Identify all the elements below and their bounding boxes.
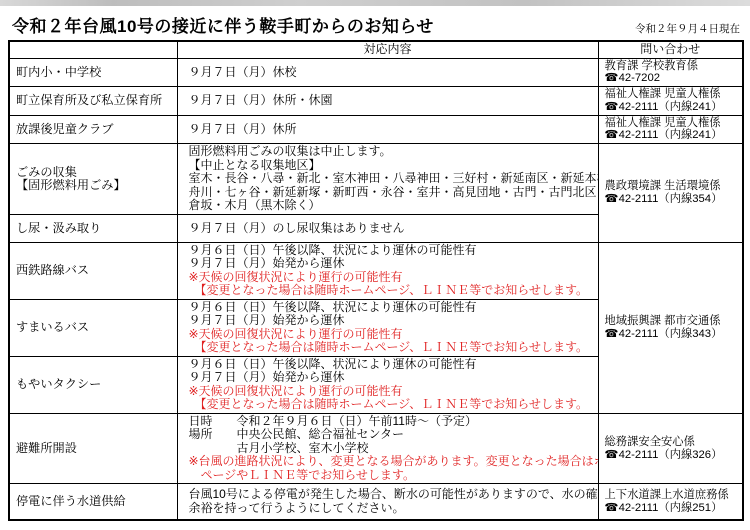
content-cell: 日時 令和２年９月６日（日）午前11時～（予定） 場所 中央公民館、総合福祉セン… — [177, 413, 598, 484]
content-cell: ９月７日（月）のし尿収集はありません — [177, 214, 598, 242]
contact-dept: 農政環境課 生活環境係 — [605, 180, 739, 193]
category-cell: 停電に伴う水道供給 — [9, 484, 177, 520]
contact-dept: 上下水道課上水道庶務係 — [605, 489, 739, 502]
as-of-date: 令和２年９月４日現在 — [635, 21, 740, 37]
contact-phone: ☎42-2111（内線241） — [605, 129, 739, 142]
category-cell: もやいタクシー — [9, 356, 177, 413]
contact-phone: ☎42-2111（内線251） — [605, 502, 739, 515]
category-line: 町立保育所及び私立保育所 — [16, 94, 173, 108]
content-line-warning: 【変更となった場合は随時ホームページ、ＬＩＮＥ等でお知らせします。 — [189, 284, 594, 298]
category-cell: 町内小・中学校 — [9, 58, 177, 87]
contact-cell: 福祉人権課 児童人権係 ☎42-2111（内線241） — [598, 87, 743, 116]
contact-cell: 地域振興課 都市交通係 ☎42-2111（内線343） — [598, 242, 743, 413]
table-row: 町立保育所及び私立保育所 ９月７日（月）休所・休園 福祉人権課 児童人権係 ☎4… — [9, 87, 743, 116]
contact-dept: 福祉人権課 児童人権係 — [605, 88, 739, 101]
notice-page: 令和２年台風10号の接近に伴う鞍手町からのお知らせ 令和２年９月４日現在 対応内… — [0, 0, 750, 521]
content-line-warning: 【変更となった場合は随時ホームページ、ＬＩＮＥ等でお知らせします。 — [189, 398, 594, 412]
contact-cell: 総務課安全安心係 ☎42-2111（内線326） — [598, 413, 743, 484]
content-line: ９月７日（月）休所・休園 — [189, 94, 594, 108]
category-cell: ごみの収集 【固形燃料用ごみ】 — [9, 144, 177, 215]
content-line: 場所 中央公民館、総合福祉センター — [189, 428, 594, 442]
contact-cell: 農政環境課 生活環境係 ☎42-2111（内線354） — [598, 144, 743, 243]
category-line: ごみの収集 — [16, 166, 173, 180]
category-line: 【固形燃料用ごみ】 — [16, 179, 173, 193]
category-line: 避難所開設 — [16, 442, 173, 456]
table-row: 停電に伴う水道供給 台風10号による停電が発生した場合、断水の可能性がありますの… — [9, 484, 743, 520]
content-line-warning: 【変更となった場合は随時ホームページ、ＬＩＮＥ等でお知らせします。 — [189, 341, 594, 355]
column-header-contact: 問い合わせ — [598, 41, 743, 58]
contact-phone: ☎42-7202 — [605, 72, 739, 85]
content-line-warning: ※台風の進路状況により、変更となる場合があります。変更となった場合はホーム — [189, 455, 594, 469]
content-cell: 固形燃料用ごみの収集は中止します。 【中止となる収集地区】 室木・長谷・八尋・新… — [177, 144, 598, 215]
content-line: ９月７日（月）始発から運休 — [189, 314, 594, 328]
content-line: ９月７日（月）始発から運休 — [189, 371, 594, 385]
title-row: 令和２年台風10号の接近に伴う鞍手町からのお知らせ 令和２年９月４日現在 — [0, 6, 750, 40]
contact-dept: 総務課安全安心係 — [605, 436, 739, 449]
category-line: 西鉄路線バス — [16, 264, 173, 278]
page-title: 令和２年台風10号の接近に伴う鞍手町からのお知らせ — [12, 12, 434, 37]
header-row: 対応内容 問い合わせ — [9, 41, 743, 58]
content-line: 固形燃料用ごみの収集は中止します。 — [189, 145, 594, 159]
header-category-cell — [9, 41, 177, 58]
content-line: 室木・長谷・八尋・新北・室木神田・八尋神田・三好村・新延南区・新延本村・泉水 — [189, 172, 594, 186]
notice-table: 対応内容 問い合わせ 町内小・中学校 ９月７日（月）休校 教育課 学校教育係 ☎… — [8, 40, 744, 521]
category-line: 停電に伴う水道供給 — [16, 495, 173, 509]
content-cell: ９月６日（日）午後以降、状況により運休の可能性有 ９月７日（月）始発から運休 ※… — [177, 242, 598, 299]
content-cell: ９月７日（月）休所 — [177, 115, 598, 144]
content-line: ９月７日（月）のし尿収集はありません — [189, 222, 594, 236]
table-row: 避難所開設 日時 令和２年９月６日（日）午前11時～（予定） 場所 中央公民館、… — [9, 413, 743, 484]
contact-cell: 福祉人権課 児童人権係 ☎42-2111（内線241） — [598, 115, 743, 144]
contact-dept: 地域振興課 都市交通係 — [605, 315, 739, 328]
contact-phone: ☎42-2111（内線241） — [605, 101, 739, 114]
contact-dept: 福祉人権課 児童人権係 — [605, 117, 739, 130]
contact-phone: ☎42-2111（内線343） — [605, 328, 739, 341]
content-line: 倉坂・木月（黒木除く） — [189, 199, 594, 213]
category-line: 町内小・中学校 — [16, 66, 173, 80]
category-cell: すまいるバス — [9, 299, 177, 356]
content-cell: ９月７日（月）休所・休園 — [177, 87, 598, 116]
category-line: 放課後児童クラブ — [16, 123, 173, 137]
table-row: 放課後児童クラブ ９月７日（月）休所 福祉人権課 児童人権係 ☎42-2111（… — [9, 115, 743, 144]
category-line: すまいるバス — [16, 321, 173, 335]
category-cell: 西鉄路線バス — [9, 242, 177, 299]
content-cell: ９月７日（月）休校 — [177, 58, 598, 87]
table-row: 西鉄路線バス ９月６日（日）午後以降、状況により運休の可能性有 ９月７日（月）始… — [9, 242, 743, 299]
category-cell: 町立保育所及び私立保育所 — [9, 87, 177, 116]
contact-cell: 上下水道課上水道庶務係 ☎42-2111（内線251） — [598, 484, 743, 520]
contact-phone: ☎42-2111（内線354） — [605, 193, 739, 206]
content-line-warning: ページやＬＩＮＥ等でお知らせします。 — [189, 469, 594, 483]
contact-dept: 教育課 学校教育係 — [605, 60, 739, 73]
content-line: 余裕を持って行うようにしてください。 — [189, 502, 594, 516]
content-cell: ９月６日（日）午後以降、状況により運休の可能性有 ９月７日（月）始発から運休 ※… — [177, 356, 598, 413]
category-cell: し尿・汲み取り — [9, 214, 177, 242]
table-row: ごみの収集 【固形燃料用ごみ】 固形燃料用ごみの収集は中止します。 【中止となる… — [9, 144, 743, 215]
content-line: ９月７日（月）休所 — [189, 123, 594, 137]
category-cell: 避難所開設 — [9, 413, 177, 484]
category-line: し尿・汲み取り — [16, 222, 173, 236]
table-row: 町内小・中学校 ９月７日（月）休校 教育課 学校教育係 ☎42-7202 — [9, 58, 743, 87]
contact-phone: ☎42-2111（内線326） — [605, 449, 739, 462]
content-cell: 台風10号による停電が発生した場合、断水の可能性がありますので、水の確保等は 余… — [177, 484, 598, 520]
content-line: ９月７日（月）休校 — [189, 66, 594, 80]
content-line: 台風10号による停電が発生した場合、断水の可能性がありますので、水の確保等は — [189, 488, 594, 502]
content-cell: ９月６日（日）午後以降、状況により運休の可能性有 ９月７日（月）始発から運休 ※… — [177, 299, 598, 356]
category-line: もやいタクシー — [16, 378, 173, 392]
contact-cell: 教育課 学校教育係 ☎42-7202 — [598, 58, 743, 87]
content-line: ９月７日（月）始発から運休 — [189, 257, 594, 271]
column-header-content: 対応内容 — [177, 41, 598, 58]
category-cell: 放課後児童クラブ — [9, 115, 177, 144]
